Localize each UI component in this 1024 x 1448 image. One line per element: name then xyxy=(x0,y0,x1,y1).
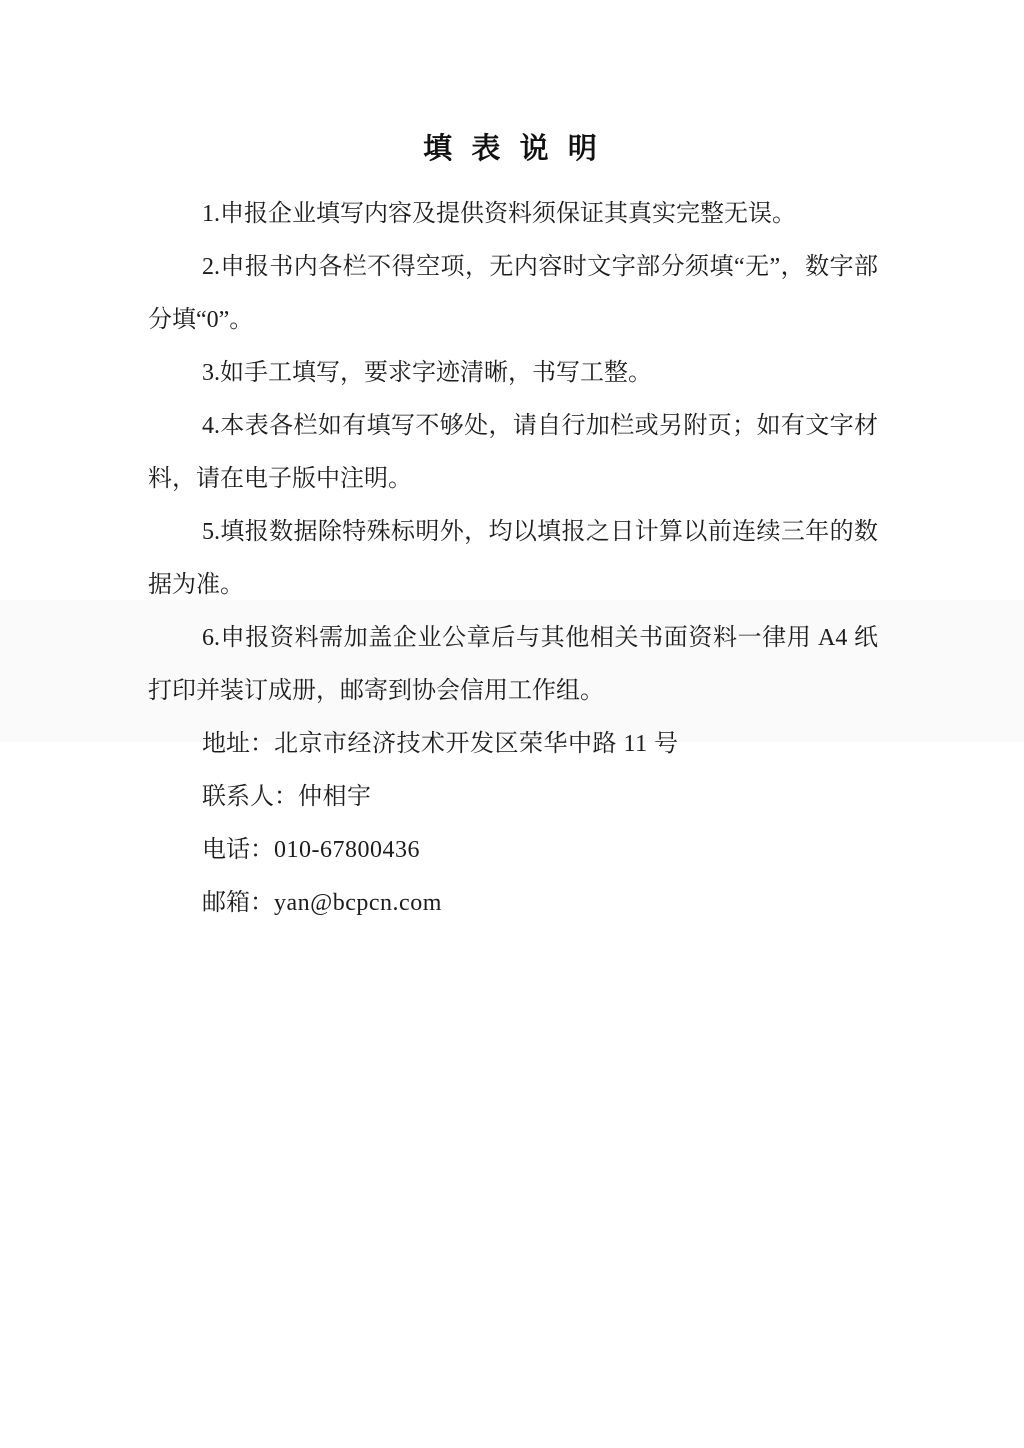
contact-person-value: 仲相宇 xyxy=(298,784,372,810)
document-content: 填 表 说 明 1.申报企业填写内容及提供资料须保证其真实完整无误。 2.申报书… xyxy=(148,126,878,930)
contact-person-label: 联系人： xyxy=(202,784,298,810)
contact-address-line: 地址：北京市经济技术开发区荣华中路 11 号 xyxy=(202,718,878,771)
contact-person-line: 联系人：仲相宇 xyxy=(202,771,878,824)
instruction-item-4: 4.本表各栏如有填写不够处，请自行加栏或另附页；如有文字材料，请在电子版中注明。 xyxy=(148,400,878,506)
instruction-item-1: 1.申报企业填写内容及提供资料须保证其真实完整无误。 xyxy=(148,188,878,241)
address-label: 地址： xyxy=(202,731,274,757)
email-label: 邮箱： xyxy=(202,890,274,916)
contact-phone-line: 电话：010-67800436 xyxy=(202,824,878,877)
email-value: yan@bcpcn.com xyxy=(274,890,442,916)
instruction-item-5: 5.填报数据除特殊标明外，均以填报之日计算以前连续三年的数据为准。 xyxy=(148,506,878,612)
page-title: 填 表 说 明 xyxy=(148,126,878,172)
document-page: 填 表 说 明 1.申报企业填写内容及提供资料须保证其真实完整无误。 2.申报书… xyxy=(0,0,1024,1448)
instruction-item-2: 2.申报书内各栏不得空项，无内容时文字部分须填“无”，数字部分填“0”。 xyxy=(148,241,878,347)
contact-email-line: 邮箱：yan@bcpcn.com xyxy=(202,877,878,930)
phone-label: 电话： xyxy=(202,837,274,863)
phone-value: 010-67800436 xyxy=(274,837,420,863)
address-value: 北京市经济技术开发区荣华中路 11 号 xyxy=(274,731,679,757)
instruction-item-6: 6.申报资料需加盖企业公章后与其他相关书面资料一律用 A4 纸打印并装订成册，邮… xyxy=(148,612,878,718)
instruction-item-3: 3.如手工填写，要求字迹清晰，书写工整。 xyxy=(148,347,878,400)
